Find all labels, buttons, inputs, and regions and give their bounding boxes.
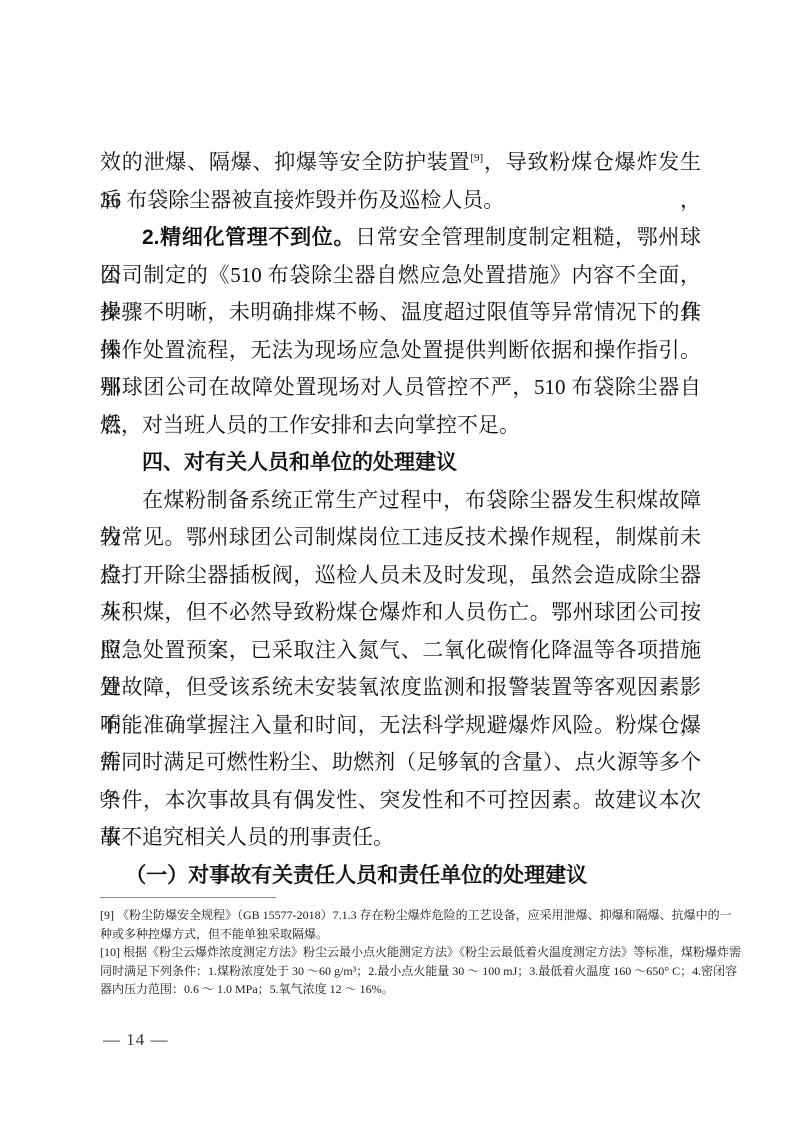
document-page: 效的泄爆、隔爆、抑爆等安全防护装置[9]，导致粉煤仓爆炸发生后， 36 布袋除尘…: [0, 0, 800, 1131]
body-line: 步骤不明晰，未明确排煤不畅、温度超过限值等异常情况下的具体: [100, 294, 701, 332]
footnote-9-line: 种或多种控爆方式，但不能单独采取隔爆。: [100, 925, 701, 944]
body-line-segment: 需同时满足可燃性粉尘、助燃剂（足够氧的含量）、点火源等多个: [100, 750, 701, 774]
body-line: 效的泄爆、隔爆、抑爆等安全防护装置[9]，导致粉煤仓爆炸发生后，: [100, 144, 701, 182]
body-line: 在煤粉制备系统正常生产过程中，布袋除尘器发生积煤故障较: [100, 482, 701, 520]
body-line: 需同时满足可燃性粉尘、助燃剂（足够氧的含量）、点火源等多个[10]: [100, 744, 701, 782]
body-line: 操作处置流程，无法为现场应急处置提供判断依据和操作指引。鄂: [100, 332, 701, 370]
body-line: 2.精细化管理不到位。日常安全管理制度制定粗糙，鄂州球团: [100, 219, 701, 257]
footnote-10-line: 同时满足下列条件：1.煤粉浓度处于 30 ～60 g/m³；2.最小点火能量 3…: [100, 962, 701, 981]
subsection-heading: （一）对事故有关责任人员和责任单位的处理建议: [100, 857, 701, 895]
body-line: 后，对当班人员的工作安排和去向掌控不足。: [100, 407, 701, 445]
body-line: 条件，本次事故具有偶发性、突发性和不可控因素。故建议本次事: [100, 782, 701, 820]
body-line: 州球团公司在故障处置现场对人员管控不严，510 布袋除尘器自燃: [100, 369, 701, 407]
footnote-10-line: 器内压力范围：0.6 ～ 1.0 MPa；5.氧气浓度 12 ～ 16%。: [100, 980, 701, 999]
body-line: 应急处置预案，已采取注入氮气、二氧化碳惰化降温等各项措施处: [100, 632, 701, 670]
body-line: 公司制定的《510 布袋除尘器自燃应急处置措施》内容不全面，操作: [100, 257, 701, 295]
body-line: 检打开除尘器插板阀，巡检人员未及时发现，虽然会造成除尘器灰: [100, 557, 701, 595]
body-line: 置故障，但受该系统未安装氧浓度监测和报警装置等客观因素影响，: [100, 669, 701, 707]
footnote-9-line: [9] 《粉尘防爆安全规程》（GB 15577-2018）7.1.3 存在粉尘爆…: [100, 906, 701, 925]
body-line: 斗积煤，但不必然导致粉煤仓爆炸和人员伤亡。鄂州球团公司按照: [100, 594, 701, 632]
footnote-10-line: [10] 根据《粉尘云爆炸浓度测定方法》粉尘云最小点火能测定方法》《粉尘云最低着…: [100, 943, 701, 962]
footnotes-block: [9] 《粉尘防爆安全规程》（GB 15577-2018）7.1.3 存在粉尘爆…: [100, 897, 701, 999]
body-text: 效的泄爆、隔爆、抑爆等安全防护装置[9]，导致粉煤仓爆炸发生后， 36 布袋除尘…: [100, 144, 701, 894]
section-heading: 四、对有关人员和单位的处理建议: [100, 444, 701, 482]
body-line: 不能准确掌握注入量和时间，无法科学规避爆炸风险。粉煤仓爆炸: [100, 707, 701, 745]
paragraph-lead-bold: 2.精细化管理不到位。: [142, 226, 355, 249]
page-number: — 14 —: [103, 1029, 169, 1051]
footnote-ref-9: [9]: [470, 152, 483, 164]
body-line-segment: 效的泄爆、隔爆、抑爆等安全防护装置: [100, 150, 470, 174]
body-line: 为常见。鄂州球团公司制煤岗位工违反技术操作规程，制煤前未点: [100, 519, 701, 557]
body-line: 故不追究相关人员的刑事责任。: [100, 819, 701, 857]
footnote-separator-line: [100, 897, 276, 898]
